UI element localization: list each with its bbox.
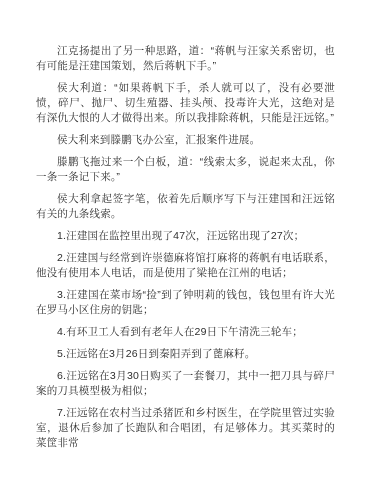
clue-item: 1.汪建国在监控里出现了47次，汪远铭出现了27次； <box>36 229 335 244</box>
paragraph: 侯大利拿起签字笔，依着先后顺序写下与汪建国和汪远铭有关的九条线索。 <box>36 192 335 222</box>
clue-item: 2.汪建国与经常到许崇德麻将馆打麻将的蒋帆有电话联系，他没有使用本人电话，而是使… <box>36 251 335 281</box>
clue-item: 3.汪建国在菜市场“捡”到了钟明莉的钱包，钱包里有许大光在罗马小区住房的钥匙； <box>36 288 335 318</box>
clue-item: 6.汪远铭在3月30日购买了一套餐刀，其中一把刀具与碎尸案的刀具模型极为相似； <box>36 369 335 399</box>
paragraph: 滕鹏飞拖过来一个白板，道：“线索太多，说起来太乱，你一条一条记下来。” <box>36 155 335 185</box>
paragraph: 侯大利来到滕鹏飞办公室，汇报案件进展。 <box>36 133 335 148</box>
novel-page: 江克扬提出了另一种思路，道：“蒋帆与汪家关系密切，也有可能是汪建国策划，然后蒋帆… <box>0 0 370 480</box>
clue-item: 4.有环卫工人看到有老年人在29日下午清洗三轮车； <box>36 325 335 340</box>
clue-item: 7.汪远铭在农村当过杀猪匠和乡村医生，在学院里管过实验室，退休后参加了长跑队和合… <box>36 406 335 451</box>
paragraph: 江克扬提出了另一种思路，道：“蒋帆与汪家关系密切，也有可能是汪建国策划，然后蒋帆… <box>36 44 335 74</box>
clue-item: 5.汪远铭在3月26日到秦阳弄到了蓖麻籽。 <box>36 347 335 362</box>
paragraph: 侯大利道：“如果蒋帆下手，杀人就可以了，没有必要泄愤，碎尸、抛尸、切生殖器、挂头… <box>36 81 335 126</box>
